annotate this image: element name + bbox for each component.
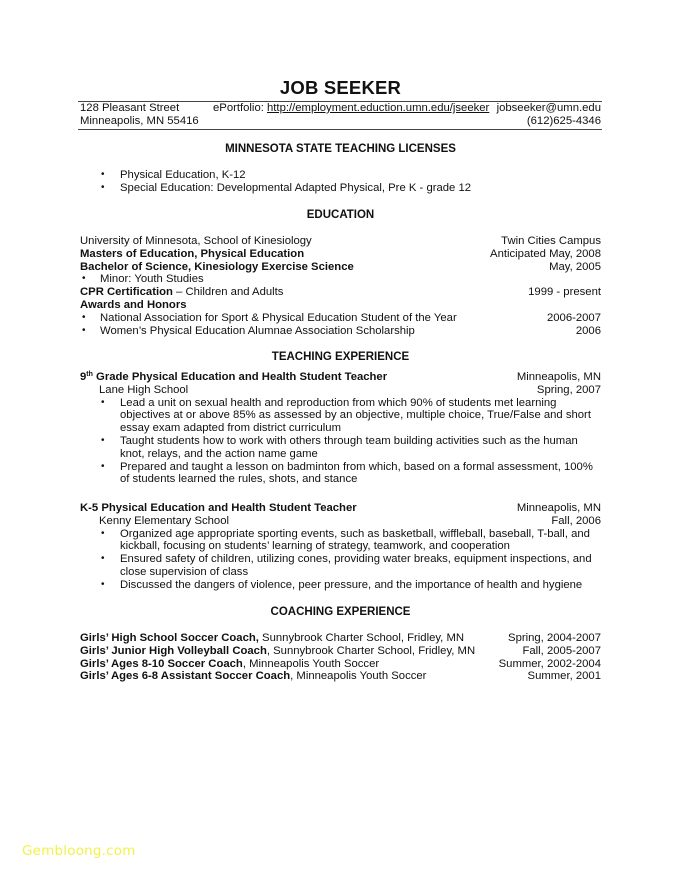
portfolio-link[interactable]: http://employment.eduction.umn.edu/jseek… (267, 102, 489, 114)
contact-block: 128 Pleasant Street ePortfolio: http://e… (80, 102, 601, 128)
job-school: Kenny Elementary School (99, 515, 229, 527)
award-date: 2006 (576, 325, 601, 338)
awards-heading: Awards and Honors (80, 299, 601, 312)
degree-name: Bachelor of Science, Kinesiology Exercis… (80, 261, 354, 273)
degree-date: May, 2005 (549, 261, 601, 274)
candidate-name: JOB SEEKER (80, 78, 601, 98)
education-heading: EDUCATION (80, 209, 601, 222)
job-location: Minneapolis, MN (517, 502, 601, 515)
job-bullet: Ensured safety of children, utilizing co… (80, 553, 601, 579)
cpr-label: CPR Certification (80, 286, 173, 298)
job-school: Lane High School (99, 384, 188, 396)
cpr-detail: – Children and Adults (173, 286, 284, 298)
coaching-heading: COACHING EXPERIENCE (80, 606, 601, 619)
header-bottom-rule (78, 129, 602, 130)
teaching-heading: TEACHING EXPERIENCE (80, 351, 601, 364)
job-date: Spring, 2007 (537, 384, 601, 397)
coaching-item: Girls’ Junior High Volleyball Coach, Sun… (80, 645, 601, 658)
coaching-item: Girls’ Ages 8-10 Soccer Coach, Minneapol… (80, 658, 601, 671)
license-item: Special Education: Developmental Adapted… (80, 182, 601, 195)
portfolio-label: ePortfolio: (213, 102, 267, 114)
job-bullet: Lead a unit on sexual health and reprodu… (80, 397, 601, 435)
coaching-list: Girls’ High School Soccer Coach, Sunnybr… (80, 632, 601, 683)
teaching-job: 9th Grade Physical Education and Health … (80, 371, 601, 486)
coaching-item: Girls’ Ages 6-8 Assistant Soccer Coach, … (80, 670, 601, 683)
job-title: K-5 Physical Education and Health Studen… (80, 502, 357, 514)
job-bullet: Organized age appropriate sporting event… (80, 528, 601, 554)
minor: Minor: Youth Studies (80, 273, 601, 286)
email[interactable]: jobseeker@umn.edu (497, 102, 601, 115)
award-name: Women’s Physical Education Alumnae Assoc… (100, 325, 415, 337)
cpr-date: 1999 - present (528, 286, 601, 299)
teaching-job: K-5 Physical Education and Health Studen… (80, 502, 601, 592)
licenses-heading: MINNESOTA STATE TEACHING LICENSES (80, 143, 601, 156)
coaching-item: Girls’ High School Soccer Coach, Sunnybr… (80, 632, 601, 645)
license-item: Physical Education, K-12 (80, 169, 601, 182)
phone: (612)625-4346 (527, 115, 601, 128)
education-block: University of Minnesota, School of Kines… (80, 235, 601, 337)
award-name: National Association for Sport & Physica… (100, 312, 457, 324)
address-line1: 128 Pleasant Street (80, 102, 179, 115)
portfolio: ePortfolio: http://employment.eduction.u… (213, 102, 489, 115)
award-date: 2006-2007 (547, 312, 601, 325)
campus: Twin Cities Campus (501, 235, 601, 248)
job-bullet: Taught students how to work with others … (80, 435, 601, 461)
licenses-list: Physical Education, K-12 Special Educati… (80, 169, 601, 195)
degree-name: Masters of Education, Physical Education (80, 248, 304, 260)
school-name: University of Minnesota, School of Kines… (80, 235, 312, 247)
job-date: Fall, 2006 (551, 515, 601, 528)
watermark: Gembloong.com (22, 845, 136, 858)
job-location: Minneapolis, MN (517, 371, 601, 384)
job-title: 9th Grade Physical Education and Health … (80, 371, 387, 383)
job-bullet: Discussed the dangers of violence, peer … (80, 579, 601, 592)
degree-date: Anticipated May, 2008 (490, 248, 601, 261)
address-line2: Minneapolis, MN 55416 (80, 115, 199, 128)
job-bullet: Prepared and taught a lesson on badminto… (80, 461, 601, 487)
